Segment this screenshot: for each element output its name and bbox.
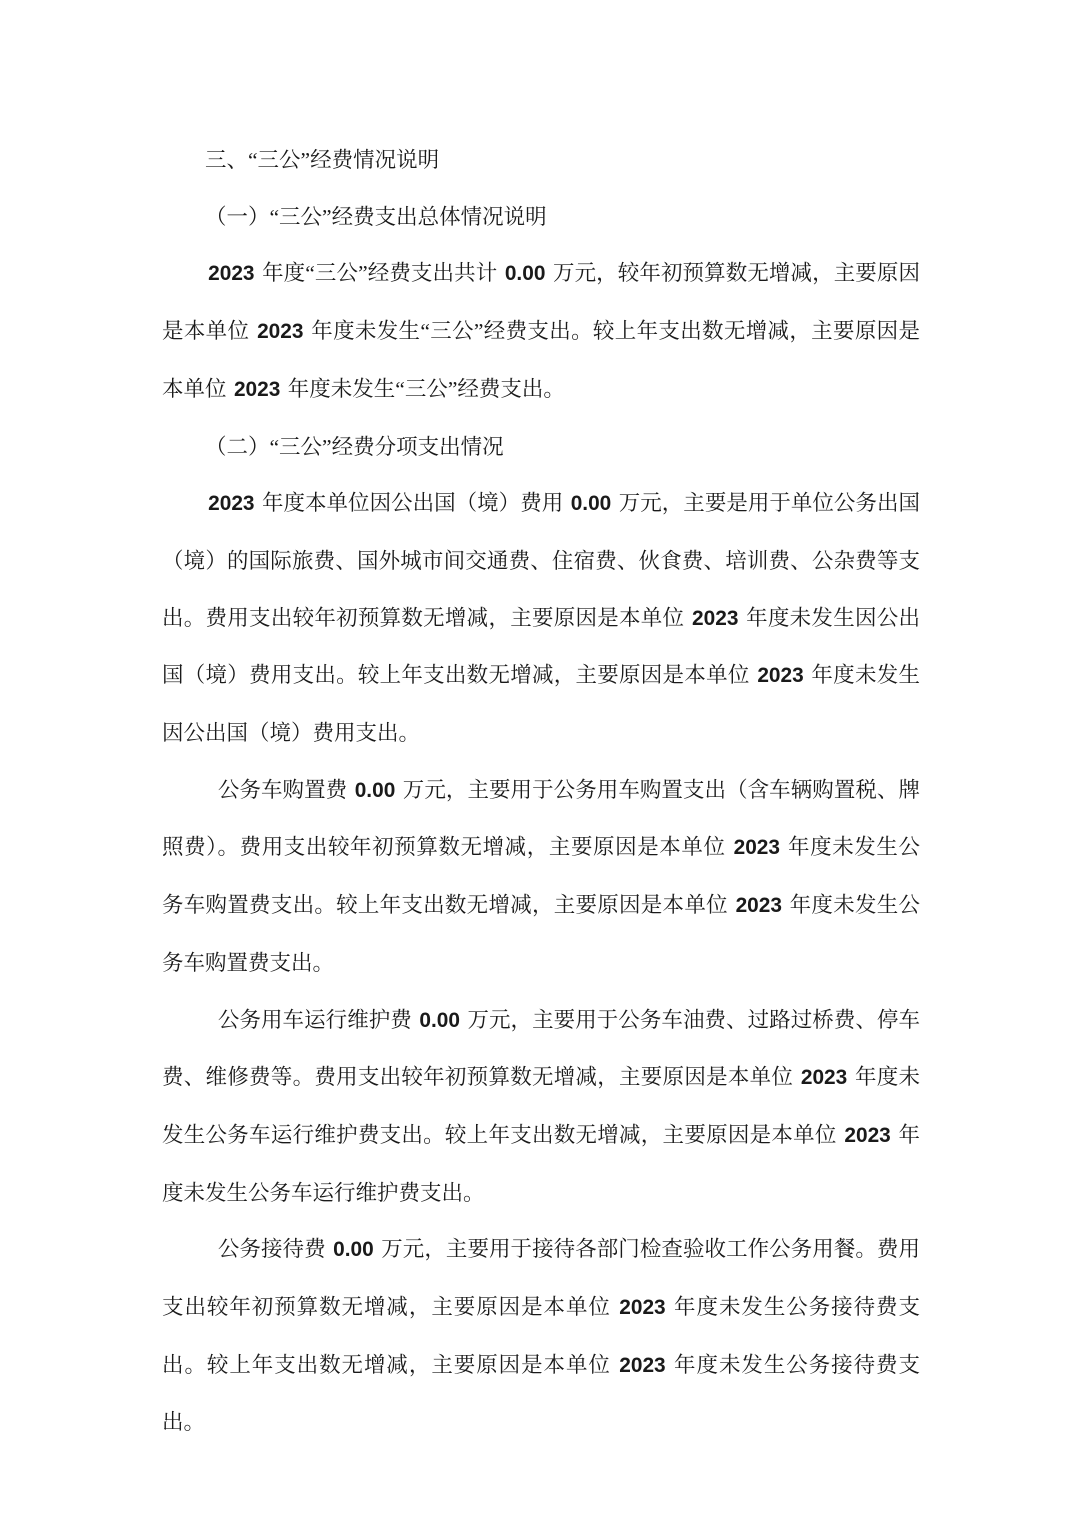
numeric-value: 2023 (757, 664, 803, 687)
body-paragraph: 2023 年度本单位因公出国（境）费用 0.00 万元，主要是用于单位公务出国（… (162, 475, 920, 762)
body-paragraph: 2023 年度“三公”经费支出共计 0.00 万元，较年初预算数无增减，主要原因… (162, 245, 920, 418)
body-paragraph: 公务用车运行维护费 0.00 万元，主要用于公务车油费、过路过桥费、停车费、维修… (162, 992, 920, 1222)
body-paragraph: 公务接待费 0.00 万元，主要用于接待各部门检查验收工作公务用餐。费用支出较年… (162, 1221, 920, 1451)
numeric-value: 2023 (801, 1066, 847, 1089)
body-paragraph: 公务车购置费 0.00 万元，主要用于公务用车购置支出（含车辆购置税、牌照费）。… (162, 762, 920, 992)
numeric-value: 0.00 (505, 262, 546, 285)
numeric-value: 2023 (208, 262, 254, 285)
numeric-value: 2023 (844, 1124, 890, 1147)
numeric-value: 2023 (234, 378, 280, 401)
document-body: 三、“三公”经费情况说明（一）“三公”经费支出总体情况说明2023 年度“三公”… (162, 132, 920, 1451)
numeric-value: 2023 (619, 1354, 665, 1377)
numeric-value: 2023 (736, 894, 782, 917)
numeric-value: 2023 (619, 1296, 665, 1319)
numeric-value: 0.00 (571, 492, 612, 515)
numeric-value: 2023 (734, 836, 780, 859)
numeric-value: 0.00 (333, 1238, 374, 1261)
numeric-value: 0.00 (355, 779, 396, 802)
numeric-value: 0.00 (419, 1009, 460, 1032)
numeric-value: 2023 (692, 607, 738, 630)
section-heading: 三、“三公”经费情况说明 (162, 132, 920, 189)
numeric-value: 2023 (257, 320, 303, 343)
subsection-heading: （一）“三公”经费支出总体情况说明 (162, 189, 920, 246)
subsection-heading: （二）“三公”经费分项支出情况 (162, 419, 920, 476)
numeric-value: 2023 (208, 492, 254, 515)
